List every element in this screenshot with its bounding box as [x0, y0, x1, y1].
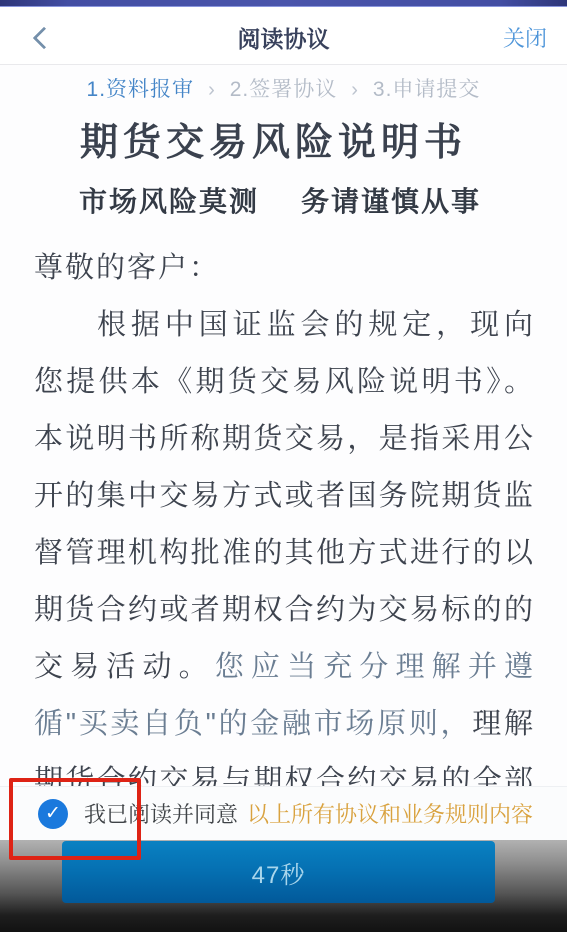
step-3: 3.申请提交 [373, 72, 481, 108]
nav-bar: 阅读协议 关闭 [0, 7, 567, 65]
body-line: 开的集中交易方式或者国务院期货监 [34, 468, 533, 525]
document-subtitle: 市场风险莫测 务请谨慎从事 [0, 180, 560, 224]
document-body: 尊敬的客户： 根据中国证监会的规定，现向 您提供本《期货交易风险说明书》。 本说… [34, 240, 533, 810]
agree-checkbox[interactable]: ✓ [38, 799, 68, 829]
body-line: 您提供本《期货交易风险说明书》。 [34, 354, 533, 411]
body-segment: 理解 [472, 708, 533, 740]
step-2: 2.签署协议 [230, 72, 338, 108]
subtitle-right: 务请谨慎从事 [301, 180, 481, 224]
agreement-bar: ✓ 我已阅读并同意 以上所有协议和业务规则内容 [0, 786, 567, 840]
checkmark-icon: ✓ [45, 802, 61, 825]
step-separator-icon: › [208, 72, 216, 108]
agree-label: 我已阅读并同意 [84, 798, 238, 829]
body-line: 根据中国证监会的规定，现向 [34, 297, 533, 354]
body-segment: 交易活动。 [34, 651, 215, 683]
agreement-rules-link[interactable]: 以上所有协议和业务规则内容 [247, 798, 533, 829]
body-line: 督管理机构批准的其他方式进行的以 [34, 525, 533, 582]
status-bar-strip [0, 0, 567, 7]
body-segment-highlight: 循"买卖自负"的金融市场原则， [34, 708, 472, 740]
body-line: 期货合约或者期权合约为交易标的的 [34, 582, 533, 639]
body-segment-highlight: 您应当充分理解并遵 [215, 651, 533, 683]
step-indicator: 1.资料报审 › 2.签署协议 › 3.申请提交 [0, 72, 567, 108]
subtitle-left: 市场风险莫测 [79, 180, 259, 224]
salutation-line: 尊敬的客户： [34, 240, 533, 297]
body-line: 交易活动。您应当充分理解并遵 [34, 639, 533, 696]
step-1: 1.资料报审 [87, 72, 195, 108]
document-title: 期货交易风险说明书 [0, 112, 547, 174]
footer: 47秒 [0, 839, 567, 932]
page-title: 阅读协议 [0, 7, 567, 64]
body-line: 本说明书所称期货交易，是指采用公 [34, 411, 533, 468]
close-button[interactable]: 关闭 [503, 7, 547, 64]
body-line: 循"买卖自负"的金融市场原则，理解 [34, 696, 533, 753]
countdown-button[interactable]: 47秒 [62, 841, 495, 903]
step-separator-icon: › [351, 72, 359, 108]
